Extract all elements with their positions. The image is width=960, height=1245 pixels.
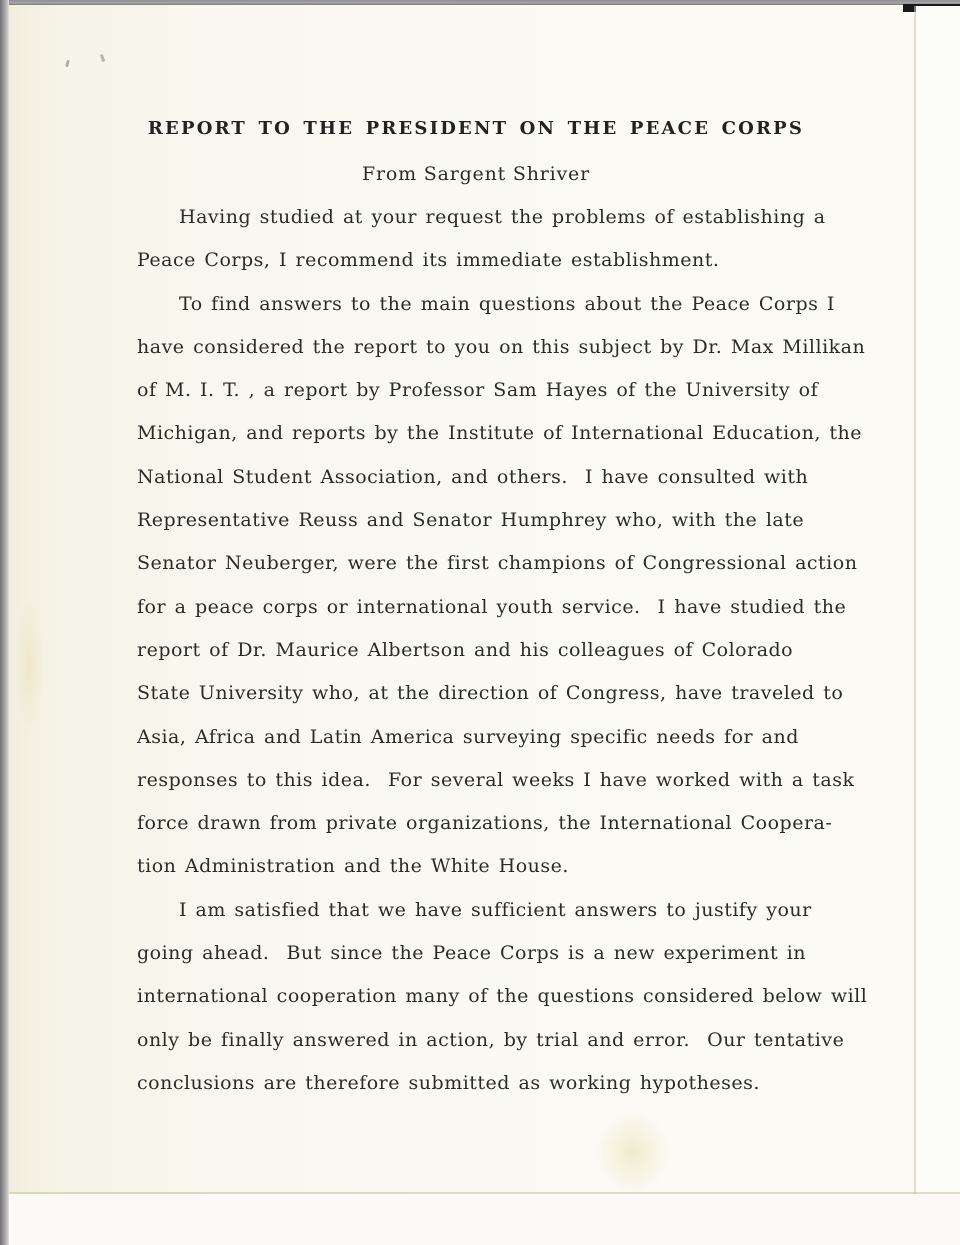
- text-line: Asia, Africa and Latin America surveying…: [137, 716, 867, 759]
- paragraph: I am satisfied that we have sufficient a…: [137, 889, 867, 1105]
- pencil-mark-icon: [65, 60, 70, 68]
- document-body: Having studied at your request the probl…: [137, 196, 867, 1105]
- scanned-document-page: REPORT TO THE PRESIDENT ON THE PEACE COR…: [0, 0, 960, 1245]
- text-line: going ahead. But since the Peace Corps i…: [137, 932, 867, 975]
- text-line: conclusions are therefore submitted as w…: [137, 1062, 867, 1105]
- underlying-page-right-edge: [916, 6, 960, 1245]
- scanner-left-edge: [0, 0, 9, 1245]
- paper-stain: [14, 600, 44, 730]
- text-line: State University who, at the direction o…: [137, 672, 867, 715]
- document-title: REPORT TO THE PRESIDENT ON THE PEACE COR…: [0, 118, 952, 139]
- paragraph: Having studied at your request the probl…: [137, 196, 867, 283]
- text-line: I am satisfied that we have sufficient a…: [137, 889, 867, 932]
- text-line: To find answers to the main questions ab…: [137, 283, 867, 326]
- scanner-top-edge: [0, 0, 960, 5]
- paper-stain: [595, 1110, 670, 1195]
- text-line: Michigan, and reports by the Institute o…: [137, 412, 867, 455]
- text-line: Peace Corps, I recommend its immediate e…: [137, 239, 867, 282]
- text-line: only be finally answered in action, by t…: [137, 1019, 867, 1062]
- underlying-page-bottom-edge: [9, 1194, 960, 1245]
- text-line: Having studied at your request the probl…: [137, 196, 867, 239]
- text-line: Senator Neuberger, were the first champi…: [137, 542, 867, 585]
- text-line: tion Administration and the White House.: [137, 845, 867, 888]
- text-line: Representative Reuss and Senator Humphre…: [137, 499, 867, 542]
- text-line: report of Dr. Maurice Albertson and his …: [137, 629, 867, 672]
- text-line: have considered the report to you on thi…: [137, 326, 867, 369]
- page-right-crease: [914, 6, 916, 1245]
- text-line: responses to this idea. For several week…: [137, 759, 867, 802]
- pencil-mark-icon: [100, 54, 106, 63]
- text-line: National Student Association, and others…: [137, 456, 867, 499]
- text-line: international cooperation many of the qu…: [137, 975, 867, 1018]
- text-line: force drawn from private organizations, …: [137, 802, 867, 845]
- page-bottom-crease: [9, 1192, 960, 1194]
- text-line: of M. I. T. , a report by Professor Sam …: [137, 369, 867, 412]
- text-line: for a peace corps or international youth…: [137, 586, 867, 629]
- document-byline: From Sargent Shriver: [0, 163, 952, 185]
- paragraph: To find answers to the main questions ab…: [137, 283, 867, 889]
